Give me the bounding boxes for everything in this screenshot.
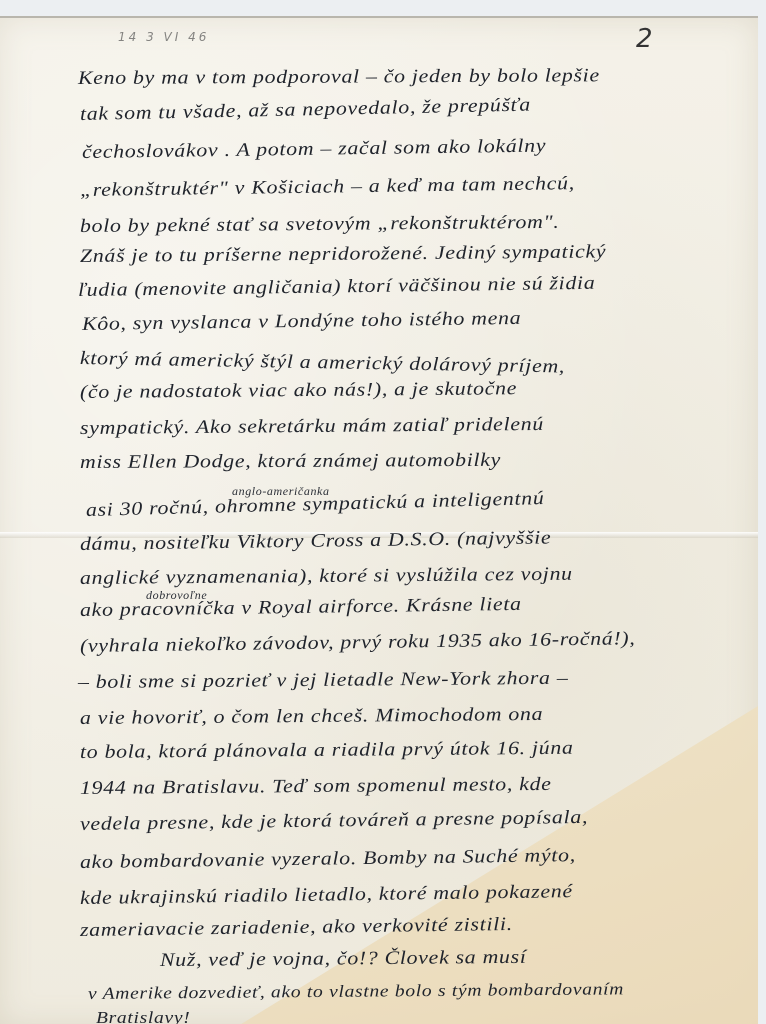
letter-line: 1944 na Bratislavu. Teď som spomenul mes…: [80, 774, 552, 800]
letter-line: sympatický. Ako sekretárku mám zatiaľ pr…: [80, 414, 544, 440]
letter-line: – boli sme si pozrieť v jej lietadle New…: [78, 668, 569, 694]
letter-line: tak som tu všade, až sa nepovedalo, že p…: [80, 95, 531, 126]
letter-line: Keno by ma v tom podporoval – čo jeden b…: [78, 65, 600, 90]
letter-line: vedela presne, kde je ktorá továreň a pr…: [80, 807, 588, 836]
letter-line: Kôo, syn vyslanca v Londýne toho istého …: [82, 308, 522, 336]
letter-line: ako bombardovanie vyzeralo. Bomby na Suc…: [80, 845, 576, 874]
letter-line: Nuž, veď je vojna, čo!? Človek sa musí: [160, 947, 527, 972]
letter-line: miss Ellen Dodge, ktorá známej automobil…: [80, 450, 501, 474]
letter-line: a vie hovoriť, o čom len chceš. Mimochod…: [80, 704, 543, 730]
letter-line: Bratislavy!: [96, 1008, 190, 1024]
letter-line: Znáš je to tu príšerne nepridorožené. Je…: [80, 241, 606, 268]
letter-line: zameriavacie zariadenie, ako verkovité z…: [80, 914, 513, 942]
letter-line: „rekonštruktér" v Košiciach – a keď ma t…: [80, 173, 575, 202]
letter-line: ľudia (menovite angličania) ktorí väčšin…: [78, 273, 596, 302]
letter-line: kde ukrajinskú riadilo lietadlo, ktoré m…: [80, 881, 573, 910]
letter-line: anglické vyznamenania), ktoré si vyslúži…: [80, 564, 573, 590]
letter-line: v Amerike dozvedieť, ako to vlastne bolo…: [88, 979, 624, 1004]
letter-line: (vyhrala niekoľko závodov, prvý roku 193…: [80, 628, 636, 658]
letter-line: (čo je nadostatok viac ako nás!), a je s…: [80, 378, 517, 404]
letter-body: Keno by ma v tom podporoval – čo jeden b…: [0, 0, 766, 1024]
letter-line: to bola, ktorá plánovala a riadila prvý …: [80, 738, 574, 764]
letter-line: bolo by pekné stať sa svetovým „rekonštr…: [80, 212, 560, 238]
letter-line: asi 30 ročnú, ohromne sympatickú a intel…: [86, 488, 545, 522]
letter-line: dámu, nositeľku Viktory Cross a D.S.O. (…: [80, 527, 552, 556]
letter-line: čechoslovákov . A potom – začal som ako …: [82, 136, 547, 164]
letter-line: ktorý má americký štýl a americký doláro…: [80, 348, 565, 378]
